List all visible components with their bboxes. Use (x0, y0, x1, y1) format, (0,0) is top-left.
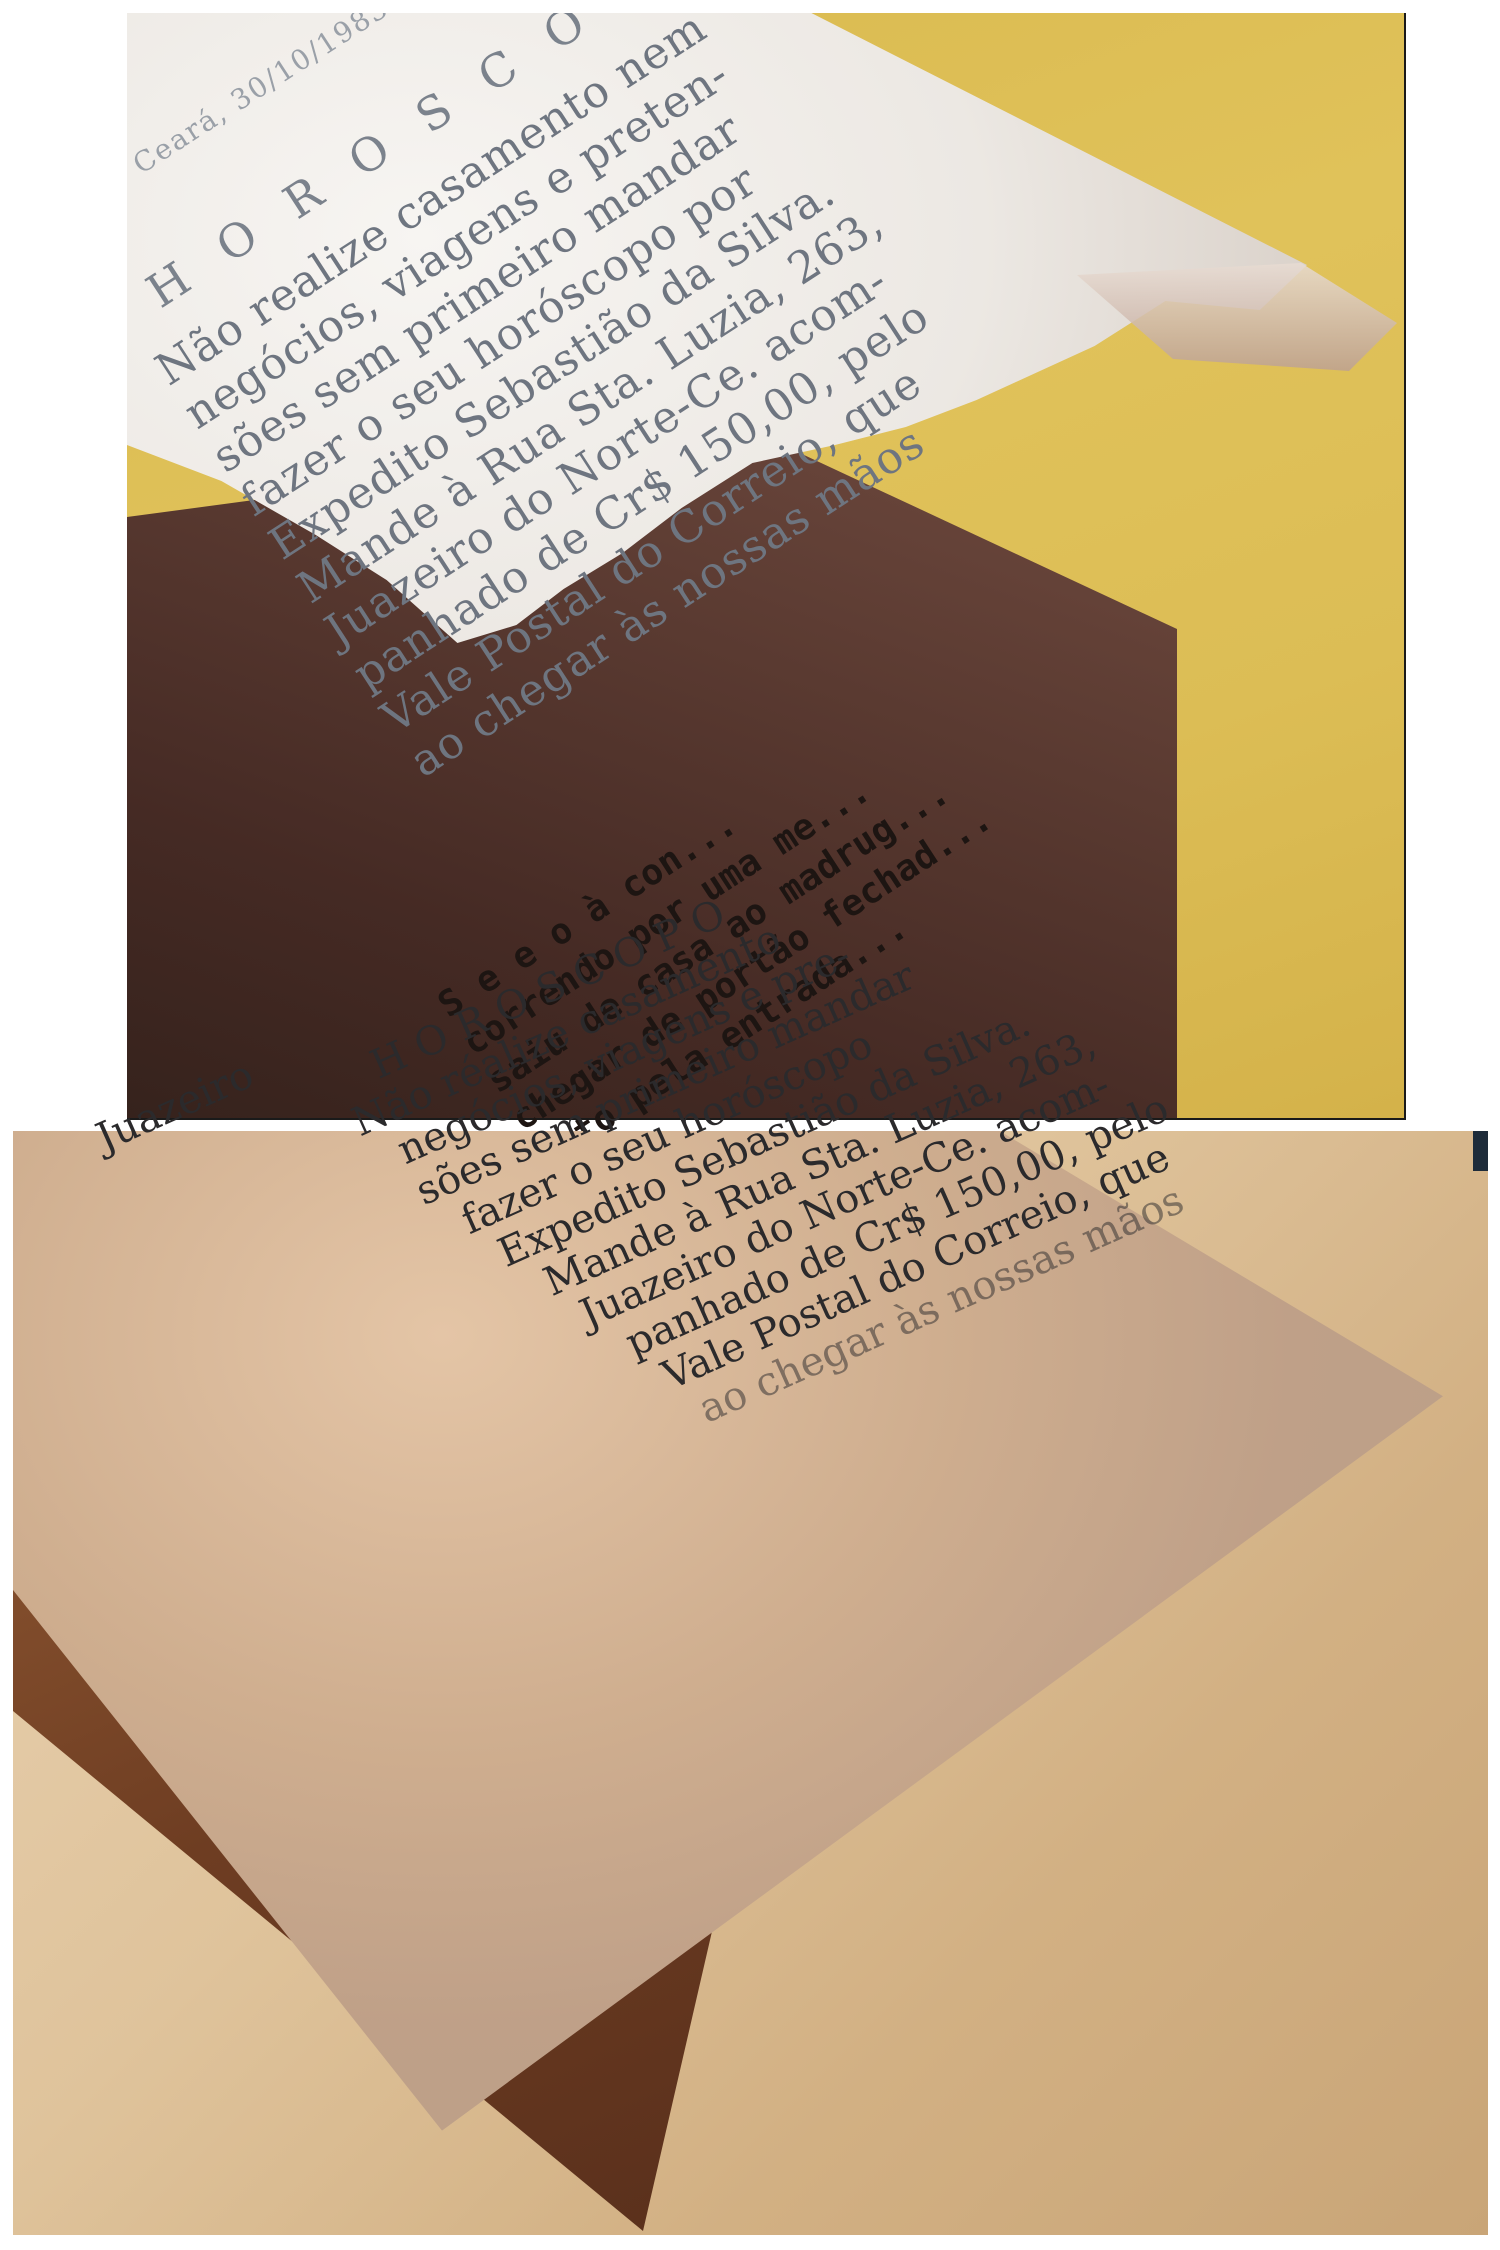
corner-dark-object (1473, 1131, 1488, 1171)
